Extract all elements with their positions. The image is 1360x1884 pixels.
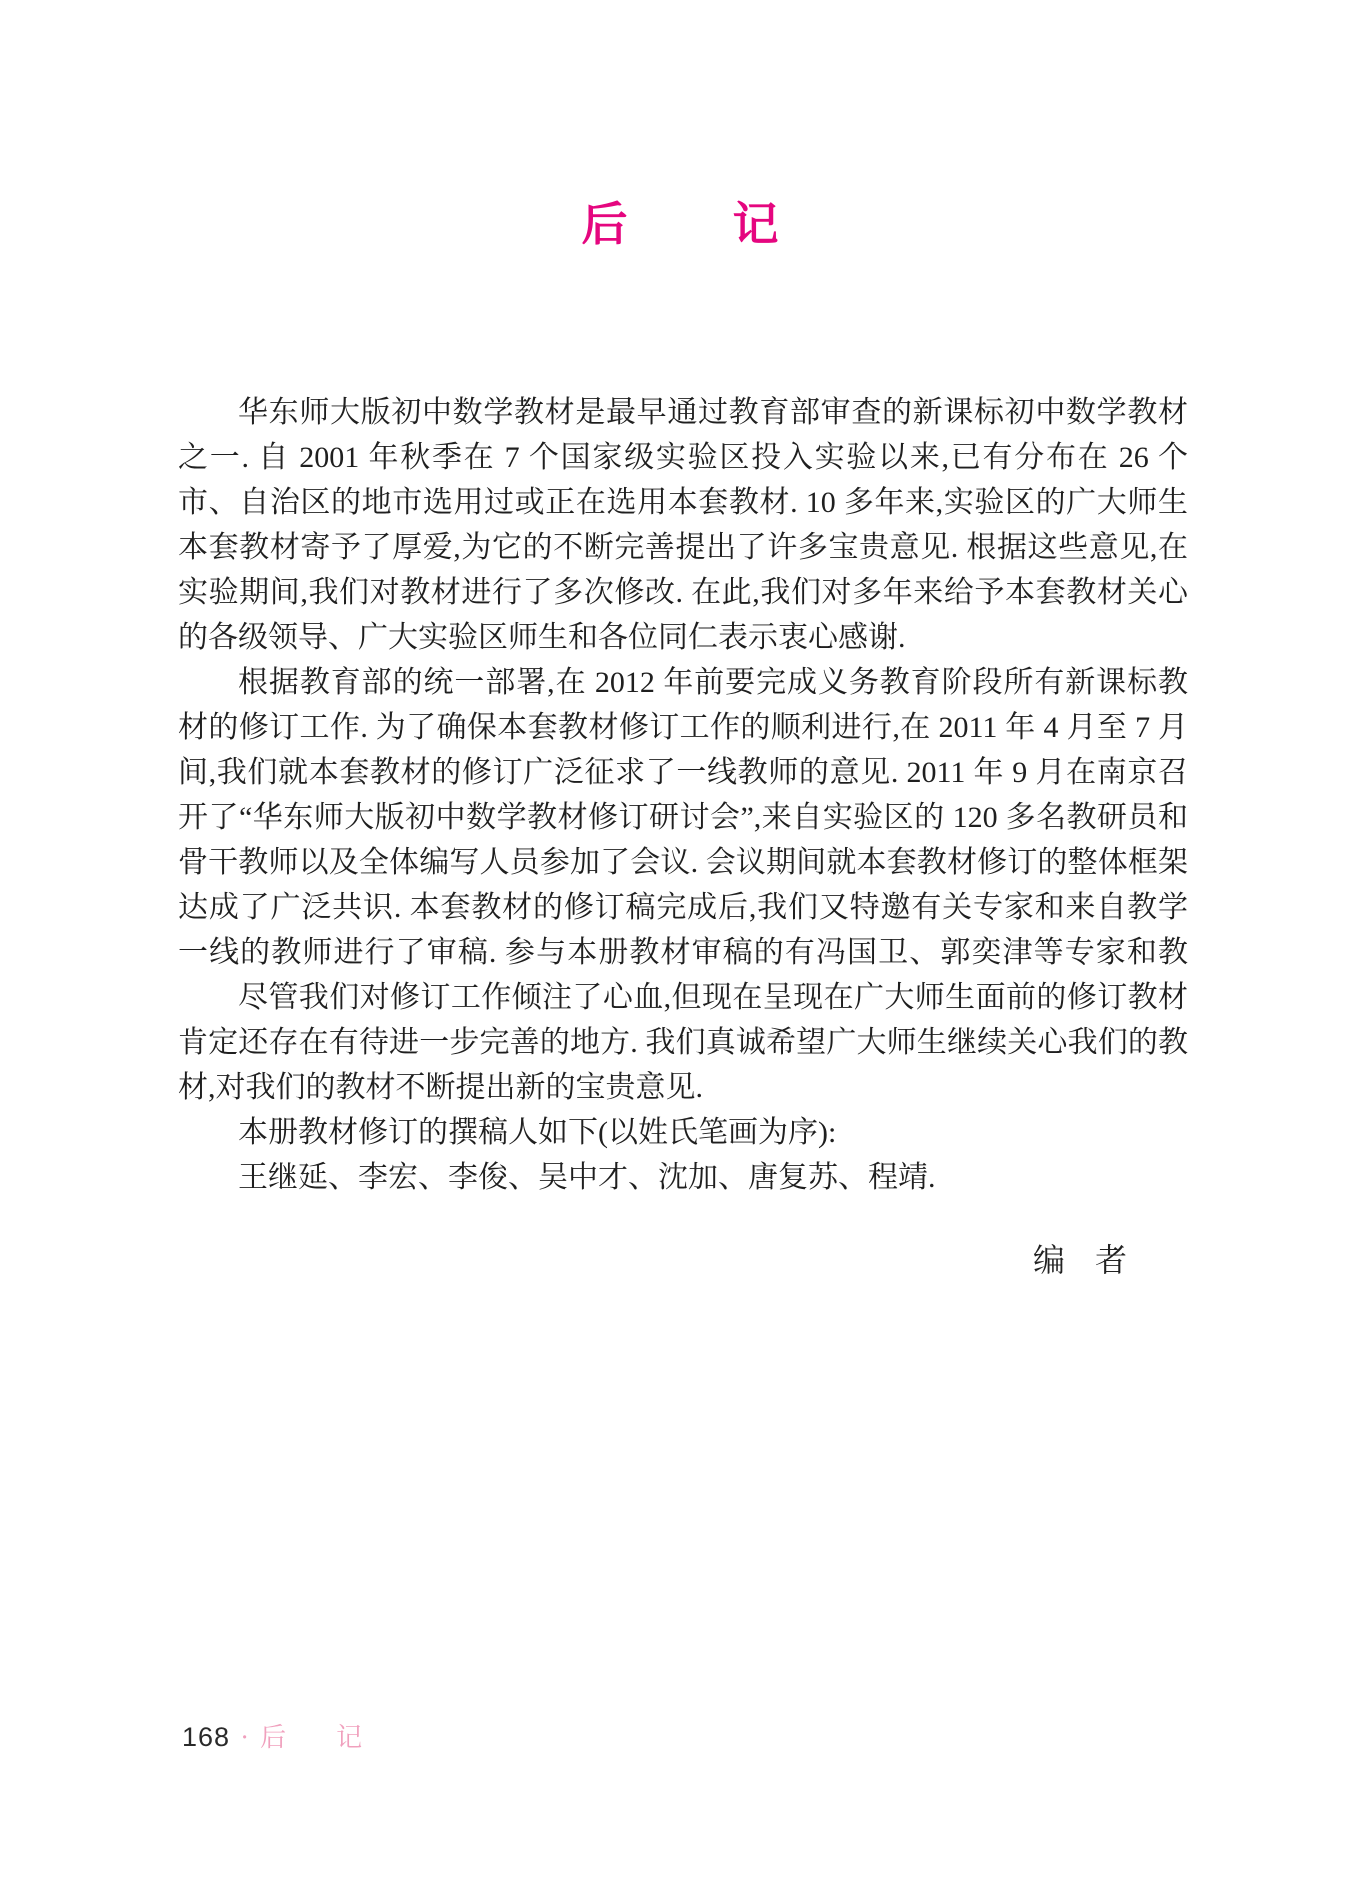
text-line: 市、自治区的地市选用过或正在选用本套教材. 10 多年来,实验区的广大师生对 — [178, 480, 1188, 525]
text-line: 的各级领导、广大实验区师生和各位同仁表示衷心感谢. — [178, 615, 1188, 660]
footer-separator-dot: · — [240, 1724, 249, 1751]
page-footer: 168 · 后 记 — [182, 1724, 362, 1751]
text-line: 本套教材寄予了厚爱,为它的不断完善提出了许多宝贵意见. 根据这些意见,在 — [178, 525, 1188, 570]
text-line: 一线的教师进行了审稿. 参与本册教材审稿的有冯国卫、郭奕津等专家和教师. — [178, 930, 1188, 975]
text-line: 华东师大版初中数学教材是最早通过教育部审查的新课标初中数学教材 — [178, 390, 1188, 435]
editor-signature: 编 者 — [1033, 1241, 1127, 1279]
paragraph: 尽管我们对修订工作倾注了心血,但现在呈现在广大师生面前的修订教材 肯定还存在有待… — [178, 975, 1188, 1110]
text-line: 尽管我们对修订工作倾注了心血,但现在呈现在广大师生面前的修订教材 — [178, 975, 1188, 1020]
footer-title-char: 记 — [336, 1725, 362, 1751]
paragraph: 本册教材修订的撰稿人如下(以姓氏笔画为序): — [178, 1110, 1188, 1155]
footer-title-char: 后 — [260, 1725, 286, 1751]
page-title-char: 后 — [582, 200, 628, 248]
text-line: 骨干教师以及全体编写人员参加了会议. 会议期间就本套教材修订的整体框架 — [178, 840, 1188, 885]
book-page: 后 记 华东师大版初中数学教材是最早通过教育部审查的新课标初中数学教材 之一. … — [0, 0, 1360, 1884]
text-line: 材,对我们的教材不断提出新的宝贵意见. — [178, 1065, 1188, 1110]
text-line: 本册教材修订的撰稿人如下(以姓氏笔画为序): — [178, 1110, 1188, 1155]
page-number: 168 — [182, 1724, 230, 1751]
page-title-char: 记 — [733, 200, 779, 248]
text-line: 实验期间,我们对教材进行了多次修改. 在此,我们对多年来给予本套教材关心 — [178, 570, 1188, 615]
editor-char: 编 — [1033, 1241, 1065, 1279]
text-line: 根据教育部的统一部署,在 2012 年前要完成义务教育阶段所有新课标教 — [178, 660, 1188, 705]
text-line: 间,我们就本套教材的修订广泛征求了一线教师的意见. 2011 年 9 月在南京召 — [178, 750, 1188, 795]
text-line: 肯定还存在有待进一步完善的地方. 我们真诚希望广大师生继续关心我们的教 — [178, 1020, 1188, 1065]
paragraph: 根据教育部的统一部署,在 2012 年前要完成义务教育阶段所有新课标教 材的修订… — [178, 660, 1188, 975]
page-title: 后 记 — [0, 200, 1360, 248]
paragraph: 华东师大版初中数学教材是最早通过教育部审查的新课标初中数学教材 之一. 自 20… — [178, 390, 1188, 660]
text-line: 材的修订工作. 为了确保本套教材修订工作的顺利进行,在 2011 年 4 月至 … — [178, 705, 1188, 750]
text-line: 王继延、李宏、李俊、吴中才、沈加、唐复苏、程靖. — [178, 1155, 1188, 1200]
editor-char: 者 — [1095, 1241, 1127, 1279]
text-line: 之一. 自 2001 年秋季在 7 个国家级实验区投入实验以来,已有分布在 26… — [178, 435, 1188, 480]
text-line: 开了“华东师大版初中数学教材修订研讨会”,来自实验区的 120 多名教研员和 — [178, 795, 1188, 840]
paragraph: 王继延、李宏、李俊、吴中才、沈加、唐复苏、程靖. — [178, 1155, 1188, 1200]
afterword-body: 华东师大版初中数学教材是最早通过教育部审查的新课标初中数学教材 之一. 自 20… — [178, 390, 1188, 1200]
text-line: 达成了广泛共识. 本套教材的修订稿完成后,我们又特邀有关专家和来自教学 — [178, 885, 1188, 930]
